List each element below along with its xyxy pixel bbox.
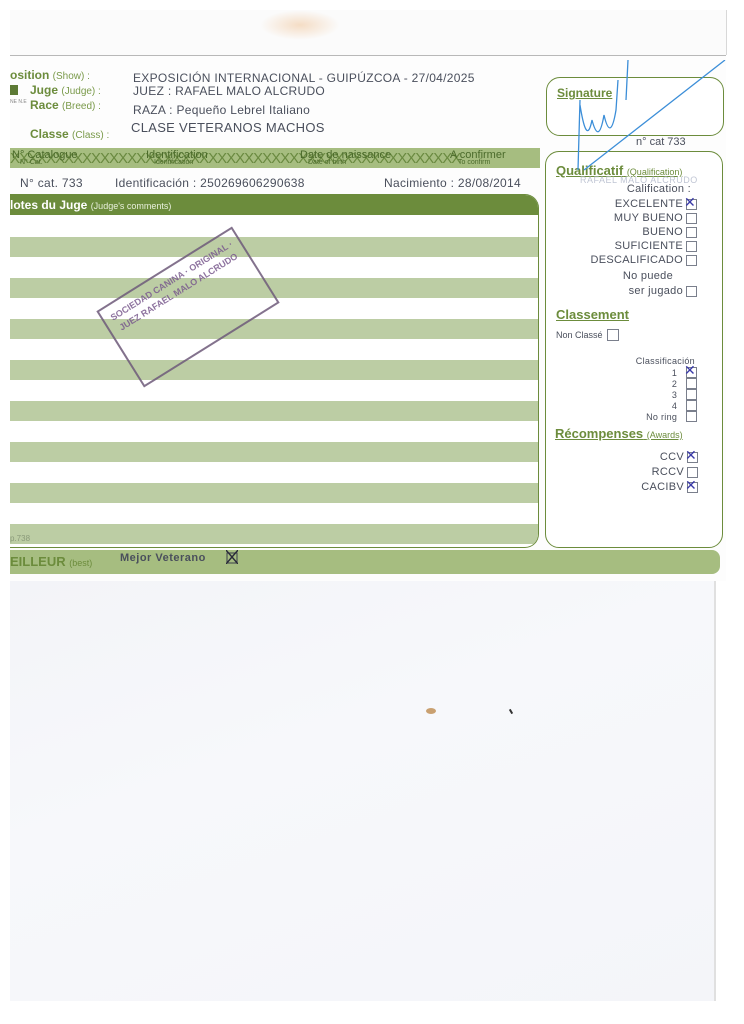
qualification-heading: Calification :	[627, 183, 691, 195]
option-no-puede-line1: No puede	[623, 270, 673, 282]
col-birth-date: Date de naissanceDate of birth	[300, 149, 391, 166]
comment-line	[10, 319, 538, 339]
birth-date: Nacimiento : 28/08/2014	[384, 176, 521, 190]
signature-catalogue-number: n° cat 733	[636, 136, 686, 148]
checkbox[interactable]	[686, 400, 697, 411]
judge-value: JUEZ : RAFAEL MALO ALCRUDO	[133, 84, 325, 98]
option-non-classe[interactable]: Non Classé	[556, 329, 619, 341]
checkbox[interactable]	[686, 286, 697, 297]
best-value: Mejor Veterano	[120, 552, 206, 564]
checkbox[interactable]	[686, 378, 697, 389]
awards-options: CCV RCCV CACIBV	[600, 451, 698, 499]
identification-number: Identificación : 250269606290638	[115, 176, 305, 190]
option-suficiente[interactable]: SUFICIENTE	[615, 240, 697, 252]
comment-line	[10, 524, 538, 544]
rank-4[interactable]: 4	[672, 400, 697, 411]
catalogue-number: N° cat. 733	[20, 176, 83, 190]
comment-line	[10, 483, 538, 503]
best-checkbox-checked[interactable]	[226, 550, 238, 564]
lower-blank-sheet	[10, 581, 716, 1001]
checkbox-checked[interactable]	[686, 199, 697, 210]
award-cacibv[interactable]: CACIBV	[641, 481, 698, 493]
checkbox-checked[interactable]	[687, 482, 698, 493]
logo-text: NE N.E	[10, 99, 27, 105]
rank-2[interactable]: 2	[672, 378, 697, 389]
show-label: osition (Show) :	[10, 68, 90, 82]
page-top-strip	[10, 10, 727, 55]
ranking-title: Classement	[556, 307, 629, 322]
paper-speck	[426, 708, 436, 714]
signature-box[interactable]: Signature	[546, 77, 724, 136]
judge-label: Juge (Judge) :	[30, 83, 101, 97]
comment-line	[10, 360, 538, 380]
awards-title: Récompenses (Awards)	[555, 426, 683, 441]
show-value: EXPOSICIÓN INTERNACIONAL - GUIPÚZCOA - 2…	[133, 71, 475, 85]
best-label: EILLEUR (best)	[10, 554, 92, 569]
checkbox[interactable]	[686, 241, 697, 252]
comment-line	[10, 401, 538, 421]
rank-1[interactable]: 1	[672, 367, 697, 378]
checkbox[interactable]	[607, 329, 619, 341]
option-descalificado[interactable]: DESCALIFICADO	[590, 254, 697, 266]
checkbox-checked[interactable]	[687, 452, 698, 463]
checkbox[interactable]	[686, 389, 697, 400]
comment-line	[10, 442, 538, 462]
judge-comments-box: lotes du Juge (Judge's comments) p.738	[10, 194, 539, 548]
paper-stain	[260, 10, 340, 40]
ranking-options: Classificación 1 2 3 4 No ring	[600, 356, 697, 428]
rank-3[interactable]: 3	[672, 389, 697, 400]
col-catalogue: N° CatalogueN° Cat.	[12, 149, 78, 166]
catalogue-header-band: XXXXXXXXXXXXXXXXXXXXXXXXXXXXXXXXXXXXXXXX…	[10, 148, 540, 168]
class-label: Classe (Class) :	[30, 127, 109, 141]
comment-line	[10, 237, 538, 257]
option-no-puede-ser-jugado[interactable]: ser jugado	[629, 285, 697, 297]
option-bueno[interactable]: BUENO	[642, 226, 697, 238]
page-reference: p.738	[10, 534, 30, 543]
option-excelente[interactable]: EXCELENTE	[615, 198, 697, 210]
col-identification: IdentificationIdentification	[146, 149, 208, 166]
class-value: CLASE VETERANOS MACHOS	[131, 120, 325, 135]
checkbox[interactable]	[686, 213, 697, 224]
breed-label: Race (Breed) :	[30, 98, 101, 112]
breed-value: RAZA : Pequeño Lebrel Italiano	[133, 103, 310, 117]
qualification-options: Calification : EXCELENTE MUY BUENO BUENO…	[560, 183, 697, 308]
rank-no-ring[interactable]: No ring	[646, 411, 697, 422]
checkbox-checked[interactable]	[686, 367, 697, 378]
option-muy-bueno[interactable]: MUY BUENO	[614, 212, 697, 224]
logo-icon	[10, 85, 18, 95]
best-in-class-bar: EILLEUR (best) Mejor Veterano	[10, 550, 720, 574]
col-to-confirm: A confirmerTo confirm	[450, 149, 506, 166]
judge-comments-header: lotes du Juge (Judge's comments)	[10, 195, 538, 215]
checkbox[interactable]	[686, 227, 697, 238]
signature-title: Signature	[557, 86, 612, 100]
checkbox[interactable]	[686, 411, 697, 422]
checkbox[interactable]	[686, 255, 697, 266]
award-ccv[interactable]: CCV	[660, 451, 698, 463]
